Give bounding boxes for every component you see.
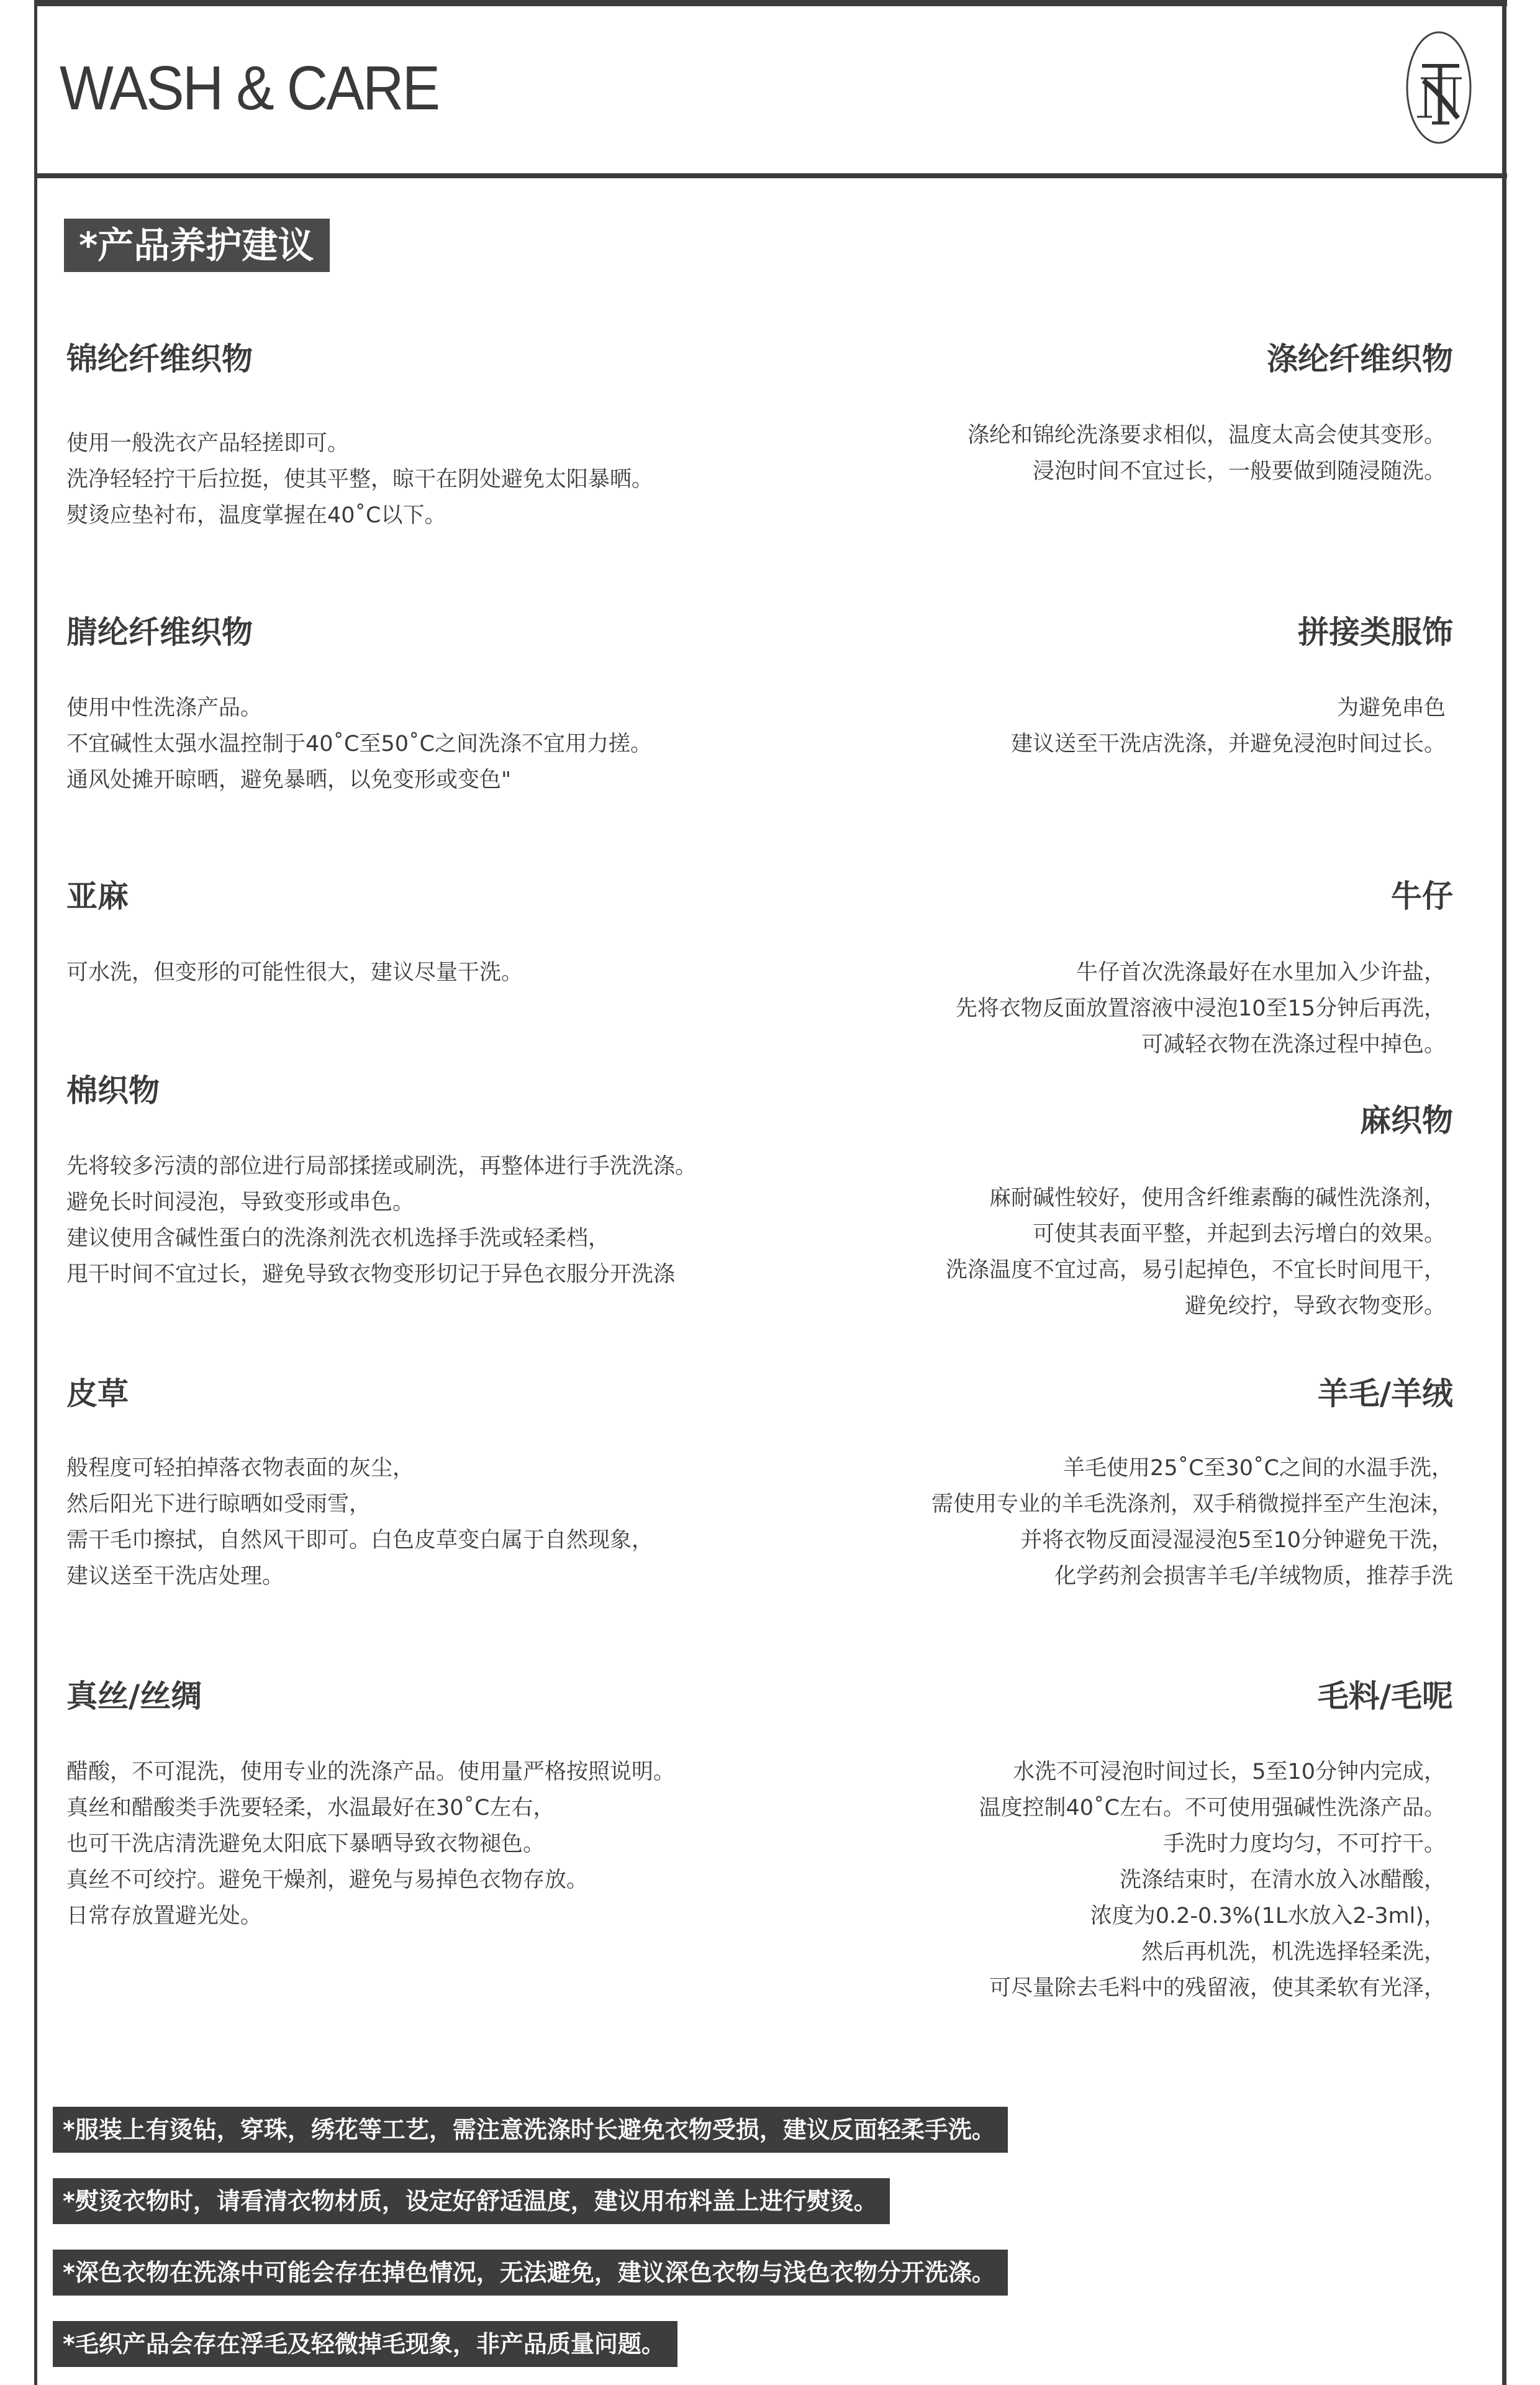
text-line: 醋酸，不可混洗，使用专业的洗涤产品。使用量严格按照说明。 — [66, 1754, 675, 1790]
section-body-wool: 羊毛使用25˚C至30˚C之间的水温手洗， 需使用专业的羊毛洗涤剂，双手稍微搅拌… — [931, 1450, 1453, 1594]
text-line: 可尽量除去毛料中的残留液，使其柔软有光泽， — [979, 1970, 1446, 2006]
text-line: 可使其表面平整，并起到去污增白的效果。 — [946, 1216, 1446, 1252]
text-line: 建议送至干洗店处理。 — [66, 1558, 653, 1594]
text-line: 先将较多污渍的部位进行局部揉搓或刷洗，再整体进行手洗洗涤。 — [66, 1148, 697, 1184]
section-title-nylon: 锦纶纤维织物 — [66, 343, 253, 375]
section-title-denim: 牛仔 — [1391, 881, 1453, 912]
text-line: 浓度为0.2-0.3%(1L水放入2-3ml)， — [979, 1898, 1446, 1934]
text-line: 牛仔首次洗涤最好在水里加入少许盐， — [956, 955, 1446, 991]
text-line: 并将衣物反面浸湿浸泡5至10分钟避免干洗， — [931, 1522, 1453, 1558]
text-line: 洗涤结束时，在清水放入冰醋酸， — [979, 1862, 1446, 1898]
text-line: 建议送至干洗店洗涤，并避免浸泡时间过长。 — [1011, 726, 1446, 762]
note-knitwear-shedding: *毛织产品会存在浮毛及轻微掉毛现象，非产品质量问题。 — [53, 2321, 677, 2367]
text-line: 为避免串色 — [1011, 690, 1446, 726]
text-line: 避免长时间浸泡，导致变形或串色。 — [66, 1184, 697, 1220]
section-body-silk: 醋酸，不可混洗，使用专业的洗涤产品。使用量严格按照说明。 真丝和醋酸类手洗要轻柔… — [66, 1754, 675, 1934]
text-line: 使用中性洗涤产品。 — [66, 690, 652, 726]
section-title-polyester: 涤纶纤维织物 — [1267, 343, 1453, 375]
note-dark-colors: *深色衣物在洗涤中可能会存在掉色情况，无法避免，建议深色衣物与浅色衣物分开洗涤。 — [53, 2250, 1008, 2296]
section-body-denim: 牛仔首次洗涤最好在水里加入少许盐， 先将衣物反面放置溶液中浸泡10至15分钟后再… — [956, 955, 1446, 1063]
text-line: 需干毛巾擦拭，自然风干即可。白色皮草变白属于自然现象， — [66, 1522, 653, 1558]
section-title-silk: 真丝/丝绸 — [66, 1681, 202, 1712]
frame-right-border — [1502, 0, 1506, 2385]
text-line: 浸泡时间不宜过长，一般要做到随浸随洗。 — [967, 453, 1446, 489]
text-line: 真丝和醋酸类手洗要轻柔，水温最好在30˚C左右， — [66, 1790, 675, 1826]
text-line: 建议使用含碱性蛋白的洗涤剂洗衣机选择手洗或轻柔档， — [66, 1220, 697, 1256]
brand-logo-icon — [1405, 30, 1473, 145]
section-body-cotton: 先将较多污渍的部位进行局部揉搓或刷洗，再整体进行手洗洗涤。 避免长时间浸泡，导致… — [66, 1148, 697, 1292]
section-title-cotton: 棉织物 — [66, 1075, 160, 1106]
text-line: 日常存放置避光处。 — [66, 1898, 675, 1934]
frame-left-border — [34, 0, 37, 2385]
text-line: 不宜碱性太强水温控制于40˚C至50˚C之间洗涤不宜用力搓。 — [66, 726, 652, 762]
section-title-patchwork: 拼接类服饰 — [1298, 617, 1453, 648]
section-body-polyester: 涤纶和锦纶洗涤要求相似，温度太高会使其变形。 浸泡时间不宜过长，一般要做到随浸随… — [967, 417, 1446, 489]
text-line: 然后阳光下进行晾晒如受雨雪， — [66, 1486, 653, 1522]
section-body-acrylic: 使用中性洗涤产品。 不宜碱性太强水温控制于40˚C至50˚C之间洗涤不宜用力搓。… — [66, 690, 652, 798]
text-line: 通风处摊开晾晒，避免暴晒，以免变形或变色" — [66, 762, 652, 798]
section-title-hemp: 麻织物 — [1360, 1105, 1453, 1136]
text-line: 可减轻衣物在洗涤过程中掉色。 — [956, 1027, 1446, 1063]
text-line: 真丝不可绞拧。避免干燥剂，避免与易掉色衣物存放。 — [66, 1862, 675, 1898]
section-body-nylon: 使用一般洗衣产品轻搓即可。 洗净轻轻拧干后拉挺，使其平整，晾干在阴处避免太阳暴晒… — [66, 425, 653, 534]
text-line: 可水洗，但变形的可能性很大，建议尽量干洗。 — [66, 955, 523, 991]
text-line: 也可干洗店清洗避免太阳底下暴晒导致衣物褪色。 — [66, 1826, 675, 1862]
note-embellishment: *服装上有烫钻，穿珠，绣花等工艺，需注意洗涤时长避免衣物受损，建议反面轻柔手洗。 — [53, 2107, 1008, 2153]
section-body-woolen: 水洗不可浸泡时间过长，5至10分钟内完成， 温度控制40˚C左右。不可使用强碱性… — [979, 1754, 1446, 2006]
page-title: WASH & CARE — [60, 57, 438, 119]
section-body-hemp: 麻耐碱性较好，使用含纤维素酶的碱性洗涤剂， 可使其表面平整，并起到去污增白的效果… — [946, 1180, 1446, 1324]
text-line: 避免绞拧，导致衣物变形。 — [946, 1288, 1446, 1324]
section-body-fur: 般程度可轻拍掉落衣物表面的灰尘， 然后阳光下进行晾晒如受雨雪， 需干毛巾擦拭，自… — [66, 1450, 653, 1594]
text-line: 洗净轻轻拧干后拉挺，使其平整，晾干在阴处避免太阳暴晒。 — [66, 461, 653, 497]
section-title-linen: 亚麻 — [66, 881, 129, 912]
text-line: 手洗时力度均匀，不可拧干。 — [979, 1826, 1446, 1862]
text-line: 水洗不可浸泡时间过长，5至10分钟内完成， — [979, 1754, 1446, 1790]
section-title-woolen: 毛料/毛呢 — [1318, 1681, 1453, 1712]
section-body-linen: 可水洗，但变形的可能性很大，建议尽量干洗。 — [66, 955, 523, 991]
note-ironing: *熨烫衣物时，请看清衣物材质，设定好舒适温度，建议用布料盖上进行熨烫。 — [53, 2178, 890, 2224]
text-line: 般程度可轻拍掉落衣物表面的灰尘， — [66, 1450, 653, 1486]
text-line: 先将衣物反面放置溶液中浸泡10至15分钟后再洗， — [956, 991, 1446, 1027]
care-advice-badge: *产品养护建议 — [64, 219, 330, 272]
text-line: 化学药剂会损害羊毛/羊绒物质，推荐手洗 — [931, 1558, 1453, 1594]
text-line: 羊毛使用25˚C至30˚C之间的水温手洗， — [931, 1450, 1453, 1486]
section-title-acrylic: 腈纶纤维织物 — [66, 617, 253, 648]
text-line: 温度控制40˚C左右。不可使用强碱性洗涤产品。 — [979, 1790, 1446, 1826]
text-line: 然后再机洗，机洗选择轻柔洗， — [979, 1934, 1446, 1970]
text-line: 需使用专业的羊毛洗涤剂，双手稍微搅拌至产生泡沫， — [931, 1486, 1453, 1522]
frame-top-border — [34, 0, 1507, 6]
header-divider — [34, 173, 1507, 178]
section-title-fur: 皮草 — [66, 1378, 129, 1409]
section-title-wool: 羊毛/羊绒 — [1318, 1378, 1453, 1409]
text-line: 甩干时间不宜过长，避免导致衣物变形切记于异色衣服分开洗涤 — [66, 1256, 697, 1292]
text-line: 涤纶和锦纶洗涤要求相似，温度太高会使其变形。 — [967, 417, 1446, 453]
text-line: 洗涤温度不宜过高，易引起掉色，不宜长时间甩干， — [946, 1252, 1446, 1288]
text-line: 麻耐碱性较好，使用含纤维素酶的碱性洗涤剂， — [946, 1180, 1446, 1216]
section-body-patchwork: 为避免串色 建议送至干洗店洗涤，并避免浸泡时间过长。 — [1011, 690, 1446, 762]
text-line: 使用一般洗衣产品轻搓即可。 — [66, 425, 653, 461]
text-line: 熨烫应垫衬布，温度掌握在40˚C以下。 — [66, 497, 653, 534]
